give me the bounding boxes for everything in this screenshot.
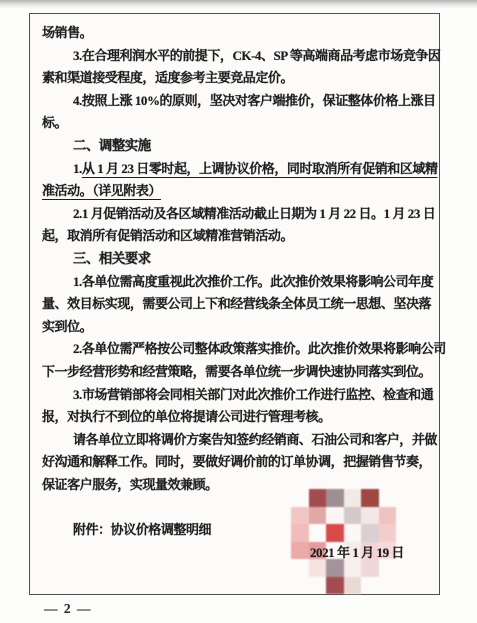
text-line: 场销售。 <box>42 22 434 45</box>
text-line: 1.从 1 月 23 日零时起，上调协议价格，同时取消所有促销和区域精 <box>42 158 434 181</box>
text-line: 3.在合理利润水平的前提下，CK-4、SP 等高端商品考虑市场竞争因 <box>42 45 434 68</box>
line-text: 下一步经营形势和经营策略，需要各单位统一步调快速协同落实到位。 <box>42 364 431 379</box>
line-text: 4.按照上涨 10%的原则，坚决对客户端推价，保证整体价格上涨目 <box>73 93 436 108</box>
line-text: 素和渠道接受程度，适度参考主要竞品定价。 <box>42 70 293 85</box>
line-text: 3.在合理利润水平的前提下，CK-4、SP 等高端商品考虑市场竞争因 <box>73 48 440 63</box>
line-text: 起，取消所有促销活动和区域精准营销活动。 <box>42 228 293 243</box>
stamp-mosaic-cell <box>326 577 344 595</box>
text-line: 保证客户服务，实现量效兼顾。 <box>42 474 434 497</box>
text-line: 好沟通和解释工作。同时，要做好调价前的订单协调，把握销售节奏， <box>42 451 434 474</box>
text-line: 实到位。 <box>42 316 434 339</box>
line-text: 好沟通和解释工作。同时，要做好调价前的订单协调，把握销售节奏， <box>42 454 431 469</box>
stamp-mosaic-cell <box>309 577 327 595</box>
line-text: 附件：协议价格调整明细 <box>73 522 211 537</box>
stamp-mosaic-cell <box>361 577 379 595</box>
line-text: 标。 <box>42 115 67 130</box>
section-heading: 三、相关要求 <box>42 248 434 271</box>
section-heading: 二、调整实施 <box>42 135 434 158</box>
line-text: 2.各单位需严格按公司整体政策落实推价。此次推价效果将影响公司 <box>73 341 446 356</box>
line-text: 1.各单位需高度重视此次推价工作。此次推价效果将影响公司年度 <box>73 274 433 289</box>
text-line: 2.1 月促销活动及各区域精准活动截止日期为 1 月 22 日。1 月 23 日 <box>42 203 434 226</box>
list-number: 1. <box>73 161 82 176</box>
underlined-text: 从 1 月 23 日零时起，上调协议价格，同时取消所有促销和区域精 <box>82 161 438 176</box>
scan-top-edge-shadow <box>0 0 477 9</box>
line-text: 请各单位立即将调价方案告知签约经销商、石油公司和客户，并做 <box>73 432 437 447</box>
line-text: 场销售。 <box>42 25 92 40</box>
line-text: 保证客户服务，实现量效兼顾。 <box>42 477 218 492</box>
text-line: 请各单位立即将调价方案告知签约经销商、石油公司和客户，并做 <box>42 429 434 452</box>
stamp-mosaic-cell <box>291 577 309 595</box>
text-line: 附件：协议价格调整明细 <box>42 519 434 542</box>
text-line: 起，取消所有促销活动和区域精准营销活动。 <box>42 225 434 248</box>
line-text: 报，对执行不到位的单位将提请公司进行管理考核。 <box>42 409 331 424</box>
underlined-text: 准活动。（详见附表） <box>42 183 161 198</box>
text-line: 量、效目标实现，需要公司上下和经营线条全体员工统一思想、坚决落 <box>42 293 434 316</box>
document-border-frame: 场销售。3.在合理利润水平的前提下，CK-4、SP 等高端商品考虑市场竞争因素和… <box>29 13 440 595</box>
text-line: 标。 <box>42 112 434 135</box>
stamp-mosaic-cell <box>379 577 397 595</box>
text-line: 报，对执行不到位的单位将提请公司进行管理考核。 <box>42 406 434 429</box>
text-line: 下一步经营形势和经营策略，需要各单位统一步调快速协同落实到位。 <box>42 361 434 384</box>
text-line: 1.各单位需高度重视此次推价工作。此次推价效果将影响公司年度 <box>42 271 434 294</box>
line-text: 2.1 月促销活动及各区域精准活动截止日期为 1 月 22 日。1 月 23 日 <box>73 206 435 221</box>
document-date: 2021 年 1 月 19 日 <box>42 542 434 565</box>
line-text: 实到位。 <box>42 319 92 334</box>
line-text: 3.市场营销部将会同相关部门对此次推价工作进行监控、检查和通 <box>73 387 433 402</box>
line-text: 二、调整实施 <box>73 138 151 153</box>
page-number: — 2 — <box>44 601 92 617</box>
text-line: 4.按照上涨 10%的原则，坚决对客户端推价，保证整体价格上涨目 <box>42 90 434 113</box>
line-text: 2021 年 1 月 19 日 <box>310 545 404 560</box>
document-body-text: 场销售。3.在合理利润水平的前提下，CK-4、SP 等高端商品考虑市场竞争因素和… <box>30 14 439 564</box>
text-line: 2.各单位需严格按公司整体政策落实推价。此次推价效果将影响公司 <box>42 338 434 361</box>
line-text: 量、效目标实现，需要公司上下和经营线条全体员工统一思想、坚决落 <box>42 296 431 311</box>
blank-line <box>42 496 434 519</box>
stamp-mosaic-cell <box>344 577 362 595</box>
line-text: 三、相关要求 <box>73 251 151 266</box>
text-line: 准活动。（详见附表） <box>42 180 434 203</box>
text-line: 3.市场营销部将会同相关部门对此次推价工作进行监控、检查和通 <box>42 384 434 407</box>
text-line: 素和渠道接受程度，适度参考主要竞品定价。 <box>42 67 434 90</box>
